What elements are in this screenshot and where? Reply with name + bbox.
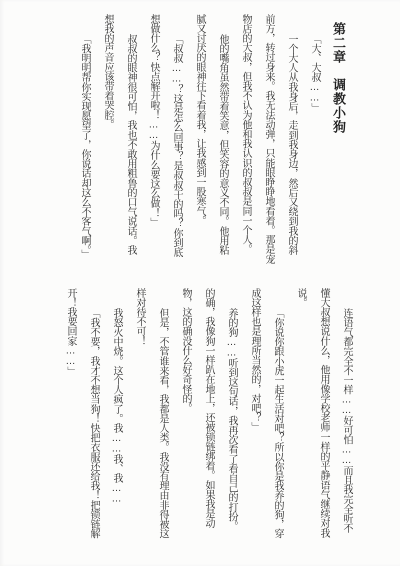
paragraph: 他的嘴角虽然带着笑意，但笑容的意义不同。他用粘腻又讨厌的眼神往下看着我，让我感到… — [188, 14, 234, 264]
text-block-bottom: 连语气都完全不一样……好可怕……而且我完全听不懂大叔想说什么，他用像学校老师一样… — [0, 276, 400, 540]
paragraph: 叔叔的眼神很可怕，我也不敢用粗鲁的口气说话。我想我的声音应该带着哭腔。 — [96, 14, 142, 264]
paragraph: 一个大人从我身后，走到我身边，然后又绕到我的斜前方，转过身来。我无法动弹，只能眼… — [234, 14, 303, 264]
novel-page: 第二章 调教小狗 「大、大叔……」 一个大人从我身后，走到我身边，然后又绕到我的… — [0, 0, 400, 566]
paragraph: 我怒火中烧。这个人疯了。我……我、我…… — [105, 288, 128, 540]
text-block-top: 第二章 调教小狗 「大、大叔……」 一个大人从我身后，走到我身边，然后又绕到我的… — [0, 0, 400, 264]
paragraph: 养的狗……听到这句话，我再次看了看自己的打扮。的确，我像狗一样趴在地上，还被锁链… — [174, 288, 243, 540]
chapter-title: 第二章 调教小狗 — [326, 14, 350, 264]
paragraph: 「叔叔……？这是怎么回事？是叔叔干的吗？你到底想做什么？快点解开啦！……为什么要… — [142, 14, 188, 264]
paragraph: 「我不要，我才不想当狗！快把衣服还给我！把锁链解开！我要回家……」 — [59, 288, 105, 540]
paragraph: 「我明明帮你实现愿望了，你说话却这么不客气啊。」 — [73, 14, 96, 264]
paragraph: 但是，不管谁来看，我都是人类。我没有理由非得被这样对待不可！ — [128, 288, 174, 540]
paragraph: 连语气都完全不一样……好可怕……而且我完全听不懂大叔想说什么，他用像学校老师一样… — [289, 288, 358, 540]
paragraph: 「大、大叔……」 — [303, 14, 326, 264]
paragraph: 「你说你跟小虎一起生活对吧？所以你是我养的狗，穿成这样也是理所当然的，对吧？」 — [243, 288, 289, 540]
